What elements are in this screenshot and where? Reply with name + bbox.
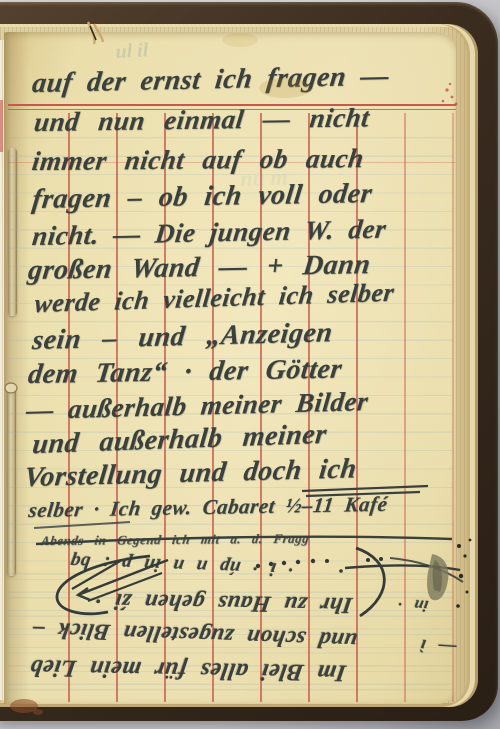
handwriting-line: dem Tanz“ · der Götter (27, 356, 344, 390)
handwriting-line-inverted: Ihr zu Haus gehen źi · (93, 590, 354, 617)
handwriting-line-struck: Abends in Gegend ich mit a. d. Fragg (40, 532, 310, 547)
notebook-photo: ul il nu m auf der ernst ich fragen — un… (0, 0, 500, 729)
ink-showthrough: ul il (115, 40, 149, 62)
handwriting-line: immer nicht auf ob auch (30, 145, 365, 175)
margin-scribble-inverted: — ì (418, 637, 458, 657)
red-column-rule (452, 113, 454, 702)
margin-scribble-inverted: in · (396, 595, 430, 613)
red-column-rule (404, 113, 406, 702)
handwriting-line: fragen – ob ich voll oder (31, 180, 374, 214)
handwriting-line-inverted: Im Blei alles für mein Lieb (28, 655, 348, 684)
handwriting-line: und nun einmal — nicht (33, 104, 371, 136)
facing-page-red-rule (0, 100, 3, 152)
